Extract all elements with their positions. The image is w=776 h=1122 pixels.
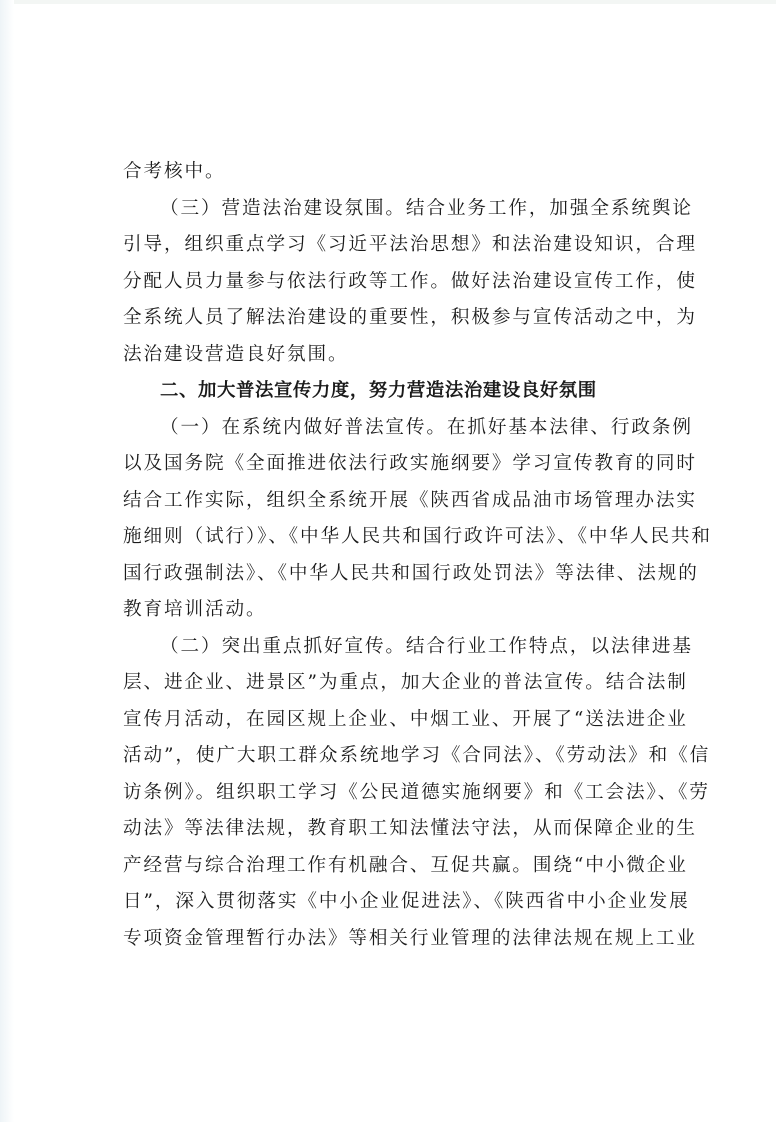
text-line: 产经营与综合治理工作有机融合、互促共赢。围绕“中小微企业 bbox=[123, 848, 685, 885]
text-line: 合考核中。 bbox=[123, 154, 685, 191]
text-line: （三）营造法治建设氛围。结合业务工作，加强全系统舆论 bbox=[123, 191, 685, 228]
text-line: 法治建设营造良好氛围。 bbox=[123, 337, 685, 374]
paragraph-subsection-2: （二）突出重点抓好宣传。结合行业工作特点，以法律进基 层、进企业、进景区”为重点… bbox=[123, 629, 685, 958]
text-line: 专项资金管理暂行办法》等相关行业管理的法律法规在规上工业 bbox=[123, 921, 685, 958]
paragraph-subsection-1: （一）在系统内做好普法宣传。在抓好基本法律、行政条例 以及国务院《全面推进依法行… bbox=[123, 410, 685, 629]
scan-top-edge bbox=[0, 0, 776, 4]
text-line: 引导，组织重点学习《习近平法治思想》和法治建设知识，合理 bbox=[123, 227, 685, 264]
document-page: 合考核中。 （三）营造法治建设氛围。结合业务工作，加强全系统舆论 引导，组织重点… bbox=[123, 154, 685, 957]
heading-text: 二、加大普法宣传力度，努力营造法治建设良好氛围 bbox=[123, 373, 685, 410]
text-line: 以及国务院《全面推进依法行政实施纲要》学习宣传教育的同时 bbox=[123, 446, 685, 483]
text-line: （一）在系统内做好普法宣传。在抓好基本法律、行政条例 bbox=[123, 410, 685, 447]
text-line: 施细则（试行）》、《中华人民共和国行政许可法》、《中华人民共和 bbox=[123, 519, 685, 556]
text-line: 宣传月活动，在园区规上企业、中烟工业、开展了“送法进企业 bbox=[123, 702, 685, 739]
scan-left-edge bbox=[0, 0, 14, 1122]
text-line: 分配人员力量参与依法行政等工作。做好法治建设宣传工作，使 bbox=[123, 264, 685, 301]
text-line: 全系统人员了解法治建设的重要性，积极参与宣传活动之中，为 bbox=[123, 300, 685, 337]
text-line: 层、进企业、进景区”为重点，加大企业的普法宣传。结合法制 bbox=[123, 665, 685, 702]
paragraph-continuation: 合考核中。 bbox=[123, 154, 685, 191]
section-heading: 二、加大普法宣传力度，努力营造法治建设良好氛围 bbox=[123, 373, 685, 410]
text-line: 访条例》。组织职工学习《公民道德实施纲要》和《工会法》、《劳 bbox=[123, 775, 685, 812]
text-line: 活动”，使广大职工群众系统地学习《合同法》、《劳动法》和《信 bbox=[123, 738, 685, 775]
text-line: 动法》等法律法规，教育职工知法懂法守法，从而保障企业的生 bbox=[123, 811, 685, 848]
text-line: 国行政强制法》、《中华人民共和国行政处罚法》等法律、法规的 bbox=[123, 556, 685, 593]
text-line: 结合工作实际，组织全系统开展《陕西省成品油市场管理办法实 bbox=[123, 483, 685, 520]
paragraph-section-3: （三）营造法治建设氛围。结合业务工作，加强全系统舆论 引导，组织重点学习《习近平… bbox=[123, 191, 685, 374]
text-line: （二）突出重点抓好宣传。结合行业工作特点，以法律进基 bbox=[123, 629, 685, 666]
text-line: 教育培训活动。 bbox=[123, 592, 685, 629]
text-line: 日”，深入贯彻落实《中小企业促进法》、《陕西省中小企业发展 bbox=[123, 884, 685, 921]
